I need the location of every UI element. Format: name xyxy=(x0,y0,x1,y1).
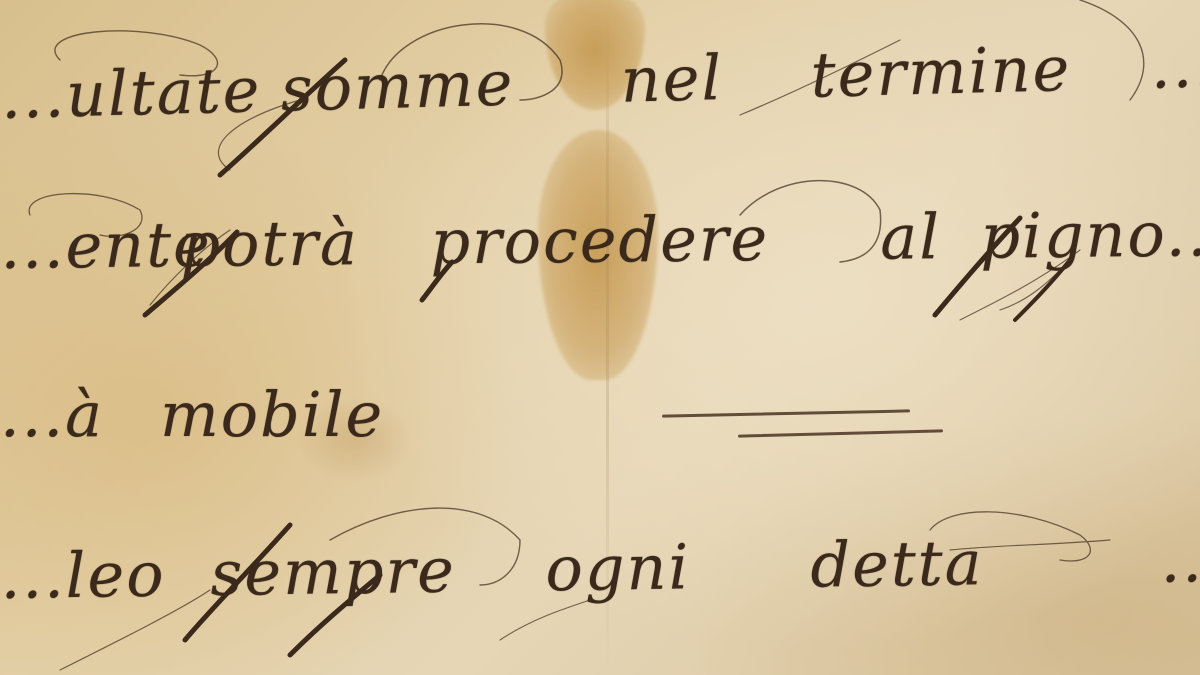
word: ...leo xyxy=(0,538,166,613)
word: somme xyxy=(280,47,515,126)
word: termine xyxy=(810,32,1072,112)
word: al xyxy=(880,200,942,274)
word: nel xyxy=(620,41,724,117)
word: ... xyxy=(1160,523,1200,597)
line-end-dash xyxy=(662,409,910,417)
manuscript-page: ...ultate somme nel termine ... ...ente … xyxy=(0,0,1200,675)
word: procedere xyxy=(430,202,770,279)
word: potrà xyxy=(180,206,359,281)
word: ... xyxy=(1150,28,1200,103)
word: mobile xyxy=(160,378,384,451)
word: ...ultate xyxy=(0,53,262,133)
word: ...à xyxy=(0,378,104,451)
line-end-dash xyxy=(738,429,943,437)
word: detta xyxy=(810,526,984,601)
word: sempre xyxy=(210,534,456,610)
word: pigno... xyxy=(980,197,1200,273)
word: ogni xyxy=(545,530,691,605)
